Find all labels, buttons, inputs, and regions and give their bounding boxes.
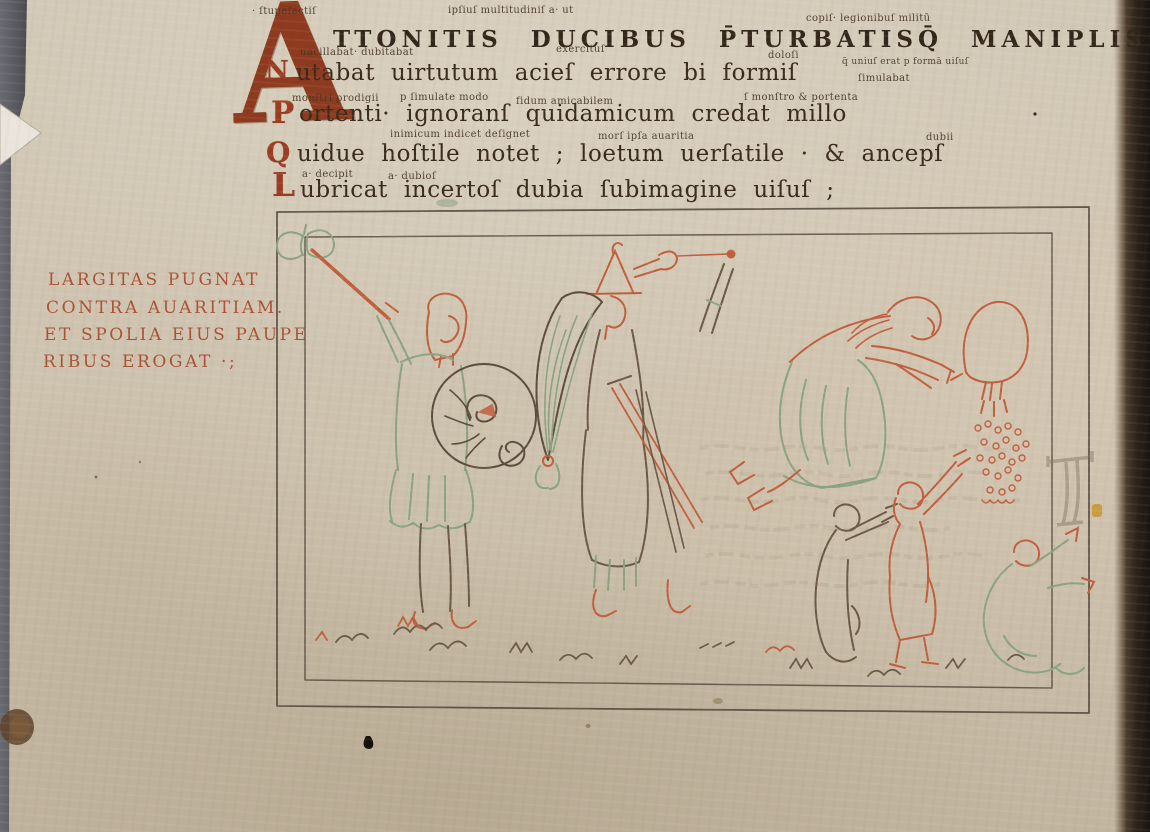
interlinear-gloss: monſtri prodigii	[292, 93, 379, 105]
bleedthrough-initial-t	[1048, 451, 1092, 525]
body	[816, 530, 854, 650]
warrior-figure	[277, 225, 536, 628]
pointed-hat-icon	[587, 243, 641, 294]
robe	[582, 330, 648, 567]
verse-line-5: ubricat incertoſ dubia ſubimagine uiſuſ …	[300, 177, 835, 203]
underskirt	[594, 556, 636, 590]
head	[888, 297, 941, 339]
marginal-rubric-line: CONTRA AUARITIAM.	[46, 298, 285, 318]
money-bag-icon	[951, 302, 1028, 416]
verse-initial-l: L	[272, 168, 295, 201]
book-edge-right	[1114, 0, 1150, 832]
pauper-figure-3	[984, 528, 1094, 674]
interlinear-gloss: a· decipit	[302, 169, 353, 181]
interlinear-gloss: · ſtupefactiſ	[252, 6, 316, 18]
legs	[815, 588, 859, 662]
page-tab	[0, 104, 41, 165]
arm-lower	[1048, 583, 1084, 588]
interlinear-gloss: q̄ uniuſ erat p formā uiſuſ	[842, 56, 969, 68]
warrior-arm	[377, 316, 411, 364]
hand-lower	[1082, 578, 1094, 593]
interlinear-gloss: inimicum indicet deſignet	[390, 129, 530, 141]
legs	[890, 638, 938, 668]
interlinear-gloss: ipſiuſ multitudiniſ a· ut	[448, 5, 574, 17]
interlinear-gloss: ſ monſtro & portenta	[744, 92, 858, 104]
interlinear-gloss: dubii	[926, 132, 954, 144]
warrior-legs	[420, 524, 469, 612]
back	[790, 316, 890, 362]
verse-line-2: utabat uirtutum acieſ errore bi formiſ	[296, 60, 797, 86]
head	[898, 482, 923, 508]
coins	[975, 421, 1029, 503]
ink-blot	[364, 736, 374, 749]
axe-shaft	[312, 250, 388, 318]
manuscript-page: A TTONITIS DUCIBUS P̄TURBATISQ̄ MANIPLIS…	[0, 0, 1150, 832]
sword-scabbard-icon	[608, 376, 702, 552]
verse-initial-q: Q	[266, 139, 290, 167]
raised-arm	[700, 264, 733, 333]
body	[889, 522, 928, 602]
round-shield	[432, 364, 536, 468]
trumpet-spear-icon	[634, 251, 735, 278]
verse-initial-p: P	[271, 98, 294, 129]
frame-inner	[305, 233, 1052, 688]
hood	[894, 498, 900, 524]
largitas-figure	[536, 243, 735, 616]
skirt	[780, 360, 886, 488]
interlinear-gloss: copiſ· legionibuſ militū	[806, 13, 931, 25]
warrior-tunic	[390, 354, 473, 528]
interlinear-gloss: a· dubioſ	[388, 171, 436, 183]
hands	[954, 450, 970, 466]
interlinear-gloss: exercituſ	[556, 44, 605, 56]
interlinear-gloss: morſ ipſa auaritia	[598, 131, 694, 143]
arms	[918, 462, 962, 514]
marginal-rubric-line: ET SPOLIA EIUS PAUPE	[44, 325, 309, 345]
avaritia-figure	[730, 297, 1029, 510]
marginal-rubric-line: RIBUS EROGAT ·;	[43, 352, 237, 372]
ground-strokes	[316, 617, 1024, 676]
face	[605, 296, 625, 339]
interlinear-gloss: fidum amicabilem	[516, 96, 613, 108]
ochre-spot	[1092, 504, 1102, 517]
marginal-rubric-line: LARGITAS PUGNAT	[48, 270, 260, 290]
interlinear-gloss: ſimulabat	[858, 73, 910, 85]
verse-line-4: uidue hoſtile notet ; loetum uerſatile ·…	[297, 141, 943, 167]
interlinear-gloss: uacillabat· dubitabat	[300, 47, 414, 59]
arms	[866, 346, 954, 388]
fan-shield	[536, 292, 602, 489]
interlinear-gloss: p ſimulate modo	[400, 92, 489, 104]
verse-line-1: TTONITIS DUCIBUS P̄TURBATISQ̄ MANIPLIS	[333, 26, 1147, 53]
verse-initial-n: N	[265, 58, 289, 84]
interlinear-gloss: doloſi	[768, 50, 799, 62]
